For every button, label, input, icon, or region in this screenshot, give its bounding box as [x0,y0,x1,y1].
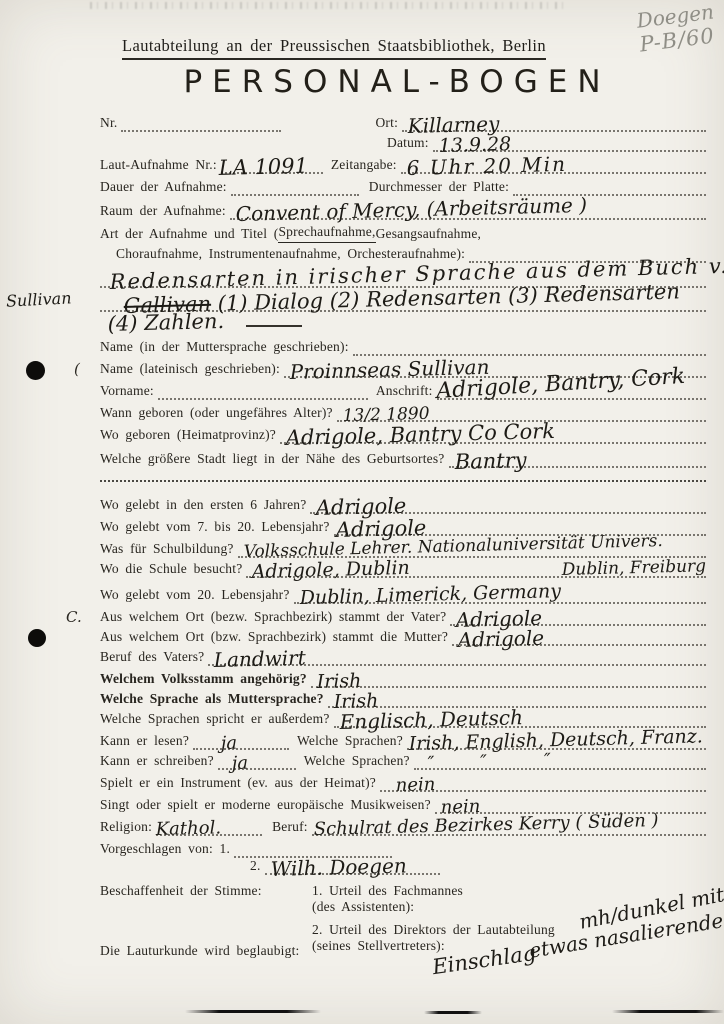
scan-streak-middle [424,1011,482,1014]
form-row-gelebt20: Wo gelebt vom 20. Lebensjahr? Dublin, Li… [100,584,708,604]
corner-archival-note: Doegen P-B/60 [635,0,718,57]
schreiben-sprachen-field: ″ ″ ″ [414,753,706,770]
form-row-volksstamm: Welchem Volksstamm angehörig? Irish [100,668,708,688]
form-row-vorgeschlagen2: 2. Wilh. Doegen [100,855,708,875]
beruf-vater-label: Beruf des Vaters? [100,648,204,666]
pen-mark-bottom: C. [66,608,82,626]
aufnahme-nr-field: LA 1091 [221,157,323,174]
beruf-label: Beruf: [272,818,308,836]
spacer [100,137,387,152]
schreiben-sprachen-label: Welche Sprachen? [304,752,410,770]
mutter-ort-label: Aus welchem Ort (bzw. Sprachbezirk) stam… [100,628,448,646]
spacer [283,117,375,132]
zeitangabe-field: 6 Uhr 20 Min [401,157,706,174]
form-row-ausserdem: Welche Sprachen spricht er außerdem? Eng… [100,708,708,728]
spacer [100,248,116,263]
spacer [100,860,250,875]
form-row-lesen: Kann er lesen? ja Welche Sprachen? Irish… [100,730,708,750]
beruf-field: Schulrat des Bezirkes Kerry ( Süden ) [312,819,706,836]
ausserdem-label: Welche Sprachen spricht er außerdem? [100,710,330,728]
stimme-item1: 1. Urteil des Fachmannes (des Assistente… [312,883,463,915]
vorgeschlagen2-field: Wilh. Doegen [265,858,440,875]
art-label-post: Gesangsaufnahme, [376,225,482,243]
gelebt6-handwriting: Adrigole [316,496,407,518]
form-body: Nr. Ort: Killarney Datum: 13.9.28 Laut-A… [100,112,708,960]
scan-streak-left [185,1010,321,1013]
lesen-label: Kann er lesen? [100,732,189,750]
gelebt6-field: Adrigole [310,497,706,514]
ort-field: Killarney [402,115,706,132]
anschrift-field: Adrigole, Bantry, Cork [437,383,706,400]
form-row-schreiben: Kann er schreiben? ja Welche Sprachen? ″… [100,750,708,770]
gelebt20-label: Wo gelebt vom 20. Lebensjahr? [100,586,290,604]
separator-line [100,465,706,482]
durchmesser-label: Durchmesser der Platte: [369,178,509,196]
punch-hole-top [26,361,45,380]
punch-hole-bottom [28,629,46,647]
raum-field: Convent of Mercy, (Arbeitsräume ) [230,203,706,220]
muttersprache-label: Welche Sprache als Muttersprache? [100,690,324,708]
art-label-sprechaufnahme: Sprechaufnahme, [278,223,375,243]
form-row-vorname-anschrift: Vorname: Anschrift: Adrigole, Bantry, Co… [100,380,708,400]
nr-label: Nr. [100,114,117,132]
raum-label: Raum der Aufnahme: [100,202,226,220]
beruf-vater-field: Landwirt [208,649,706,666]
form-row-schulbildung: Was für Schulbildung? Volksschule Lehrer… [100,538,708,558]
religion-label: Religion: [100,818,152,836]
form-row-beruf-vater: Beruf des Vaters? Landwirt [100,646,708,666]
dauer-field [231,179,359,196]
lesen-field: ja [193,733,289,750]
gelebt20-handwriting: Dublin, Limerick, Germany [299,581,561,608]
lesen-sprachen-label: Welche Sprachen? [297,732,403,750]
spacer [100,922,312,937]
schule-handwriting: Adrigole, Dublin [252,558,411,582]
scanned-personal-bogen-page: Doegen P-B/60 Lautabteilung an der Preus… [0,0,724,1024]
margin-note-sullivan: Sullivan [6,288,72,310]
datum-label: Datum: [387,134,429,152]
mutter-ort-field: Adrigole [452,629,706,646]
stimme-item1-line2: (des Assistenten): [312,899,463,915]
religion-field: Kathol. [156,819,262,836]
name-latein-label: Name (lateinisch geschrieben): [100,360,280,378]
beglaubigt-label: Die Lauturkunde wird beglaubigt: [100,942,299,960]
ort-label: Ort: [375,114,398,132]
wo-geboren-field: Adrigole, Bantry Co Cork [280,427,706,444]
form-row-wann-geboren: Wann geboren (oder ungefähres Alter)? 13… [100,402,708,422]
instrument-label: Spielt er ein Instrument (ev. aus der He… [100,774,376,792]
wo-geboren-handwriting: Adrigole, Bantry Co Cork [285,421,555,448]
form-row-nr-ort: Nr. Ort: Killarney [100,112,708,132]
instrument-field: nein [380,775,706,792]
institution-header: Lautabteilung an der Preussischen Staats… [122,36,546,60]
titel-handwriting-line3: (4) Zahlen. [107,311,224,334]
dauer-label: Dauer der Aufnahme: [100,178,227,196]
wo-geboren-label: Wo geboren (Heimatprovinz)? [100,426,276,444]
instrument-handwriting: nein [395,775,435,796]
schreiben-label: Kann er schreiben? [100,752,214,770]
vorgeschlagen2-label: 2. [250,857,261,875]
scan-noise-artifact [90,2,570,9]
schulbildung-label: Was für Schulbildung? [100,540,234,558]
aufnahme-nr-label: Laut-Aufnahme Nr.: [100,156,217,174]
form-row-raum: Raum der Aufnahme: Convent of Mercy, (Ar… [100,200,708,220]
schreiben-sprachen-handwriting: ″ ″ ″ [427,751,551,774]
schreiben-handwriting: ja [231,754,248,774]
form-row-name-mutter: Name (in der Muttersprache geschrieben): [100,336,708,356]
vorgeschlagen2-handwriting: Wilh. Doegen [270,855,407,879]
beruf-vater-handwriting: Landwirt [214,648,307,670]
vorname-label: Vorname: [100,382,154,400]
schulbildung-field: Volksschule Lehrer. Nationaluniversität … [238,541,706,558]
singt-label: Singt oder spielt er moderne europäische… [100,796,431,814]
gelebt7-label: Wo gelebt vom 7. bis 20. Lebensjahr? [100,518,330,536]
form-row-instrument: Spielt er ein Instrument (ev. aus der He… [100,772,708,792]
beruf-handwriting: Schulrat des Bezirkes Kerry ( Süden ) [313,811,658,840]
gelebt6-label: Wo gelebt in den ersten 6 Jahren? [100,496,306,514]
form-row-mutter-ort: Aus welchem Ort (bzw. Sprachbezirk) stam… [100,626,708,646]
form-row-muttersprache: Welche Sprache als Muttersprache? Irish [100,688,708,708]
stimme-label: Beschaffenheit der Stimme: [100,883,312,899]
gelebt20-field: Dublin, Limerick, Germany [294,587,706,604]
section-separator [100,474,708,482]
form-row-art-line1: Art der Aufnahme und Titel (Sprechaufnah… [100,223,708,243]
lesen-sprachen-field: Irish, English, Deutsch, Franz. [407,733,706,750]
nr-field [121,115,281,132]
wann-geboren-label: Wann geboren (oder ungefähres Alter)? [100,404,333,422]
schreiben-field: ja [218,753,296,770]
zeitangabe-handwriting: 6 Uhr 20 Min [406,154,567,178]
name-mutter-field [353,339,706,356]
volksstamm-label: Welchem Volksstamm angehörig? [100,670,307,688]
form-row-wo-geboren: Wo geboren (Heimatprovinz)? Adrigole, Ba… [100,424,708,444]
form-row-gelebt6: Wo gelebt in den ersten 6 Jahren? Adrigo… [100,494,708,514]
spacer [442,860,708,875]
raum-handwriting: Convent of Mercy, (Arbeitsräume ) [235,195,587,224]
form-row-vater-ort: Aus welchem Ort (bezw. Sprachbezirk) sta… [100,606,708,626]
form-row-titel-hw3: (4) Zahlen. [100,312,708,332]
form-row-datum: Datum: 13.9.28 [100,132,708,152]
volksstamm-field: Irish [311,671,706,688]
religion-handwriting: Kathol. [156,818,222,840]
schule-label: Wo die Schule besucht? [100,560,242,578]
stimme-item2-line1: 2. Urteil des Direktors der Lautabteilun… [312,922,555,938]
form-title: PERSONAL-BOGEN [100,64,694,100]
art-label-line2: Choraufnahme, Instrumentenaufnahme, Orch… [116,245,465,263]
name-mutter-label: Name (in der Muttersprache geschrieben): [100,338,349,356]
ausserdem-handwriting: Englisch, Deutsch [339,707,523,732]
anschrift-label: Anschrift: [376,382,433,400]
stimme-item1-line1: 1. Urteil des Fachmannes [312,883,463,899]
vorname-field [158,383,368,400]
pen-mark-top: ( [74,360,80,378]
aufnahme-nr-handwriting: LA 1091 [218,156,308,178]
scan-streak-right [612,1010,724,1013]
vater-ort-field: Adrigole [450,609,706,626]
art-label-pre: Art der Aufnahme und Titel ( [100,225,278,243]
form-row-aufnahme-nr: Laut-Aufnahme Nr.: LA 1091 Zeitangabe: 6… [100,154,708,174]
zeitangabe-label: Zeitangabe: [331,156,397,174]
datum-field: 13.9.28 [433,135,706,152]
form-row-religion-beruf: Religion: Kathol. Beruf: Schulrat des Be… [100,816,708,836]
form-row-dauer: Dauer der Aufnahme: Durchmesser der Plat… [100,176,708,196]
schulbildung-handwriting-line2: Dublin, Freiburg [561,556,706,580]
ausserdem-field: Englisch, Deutsch [334,711,706,728]
short-divider-rule [246,325,302,327]
vater-ort-label: Aus welchem Ort (bezw. Sprachbezirk) sta… [100,608,446,626]
